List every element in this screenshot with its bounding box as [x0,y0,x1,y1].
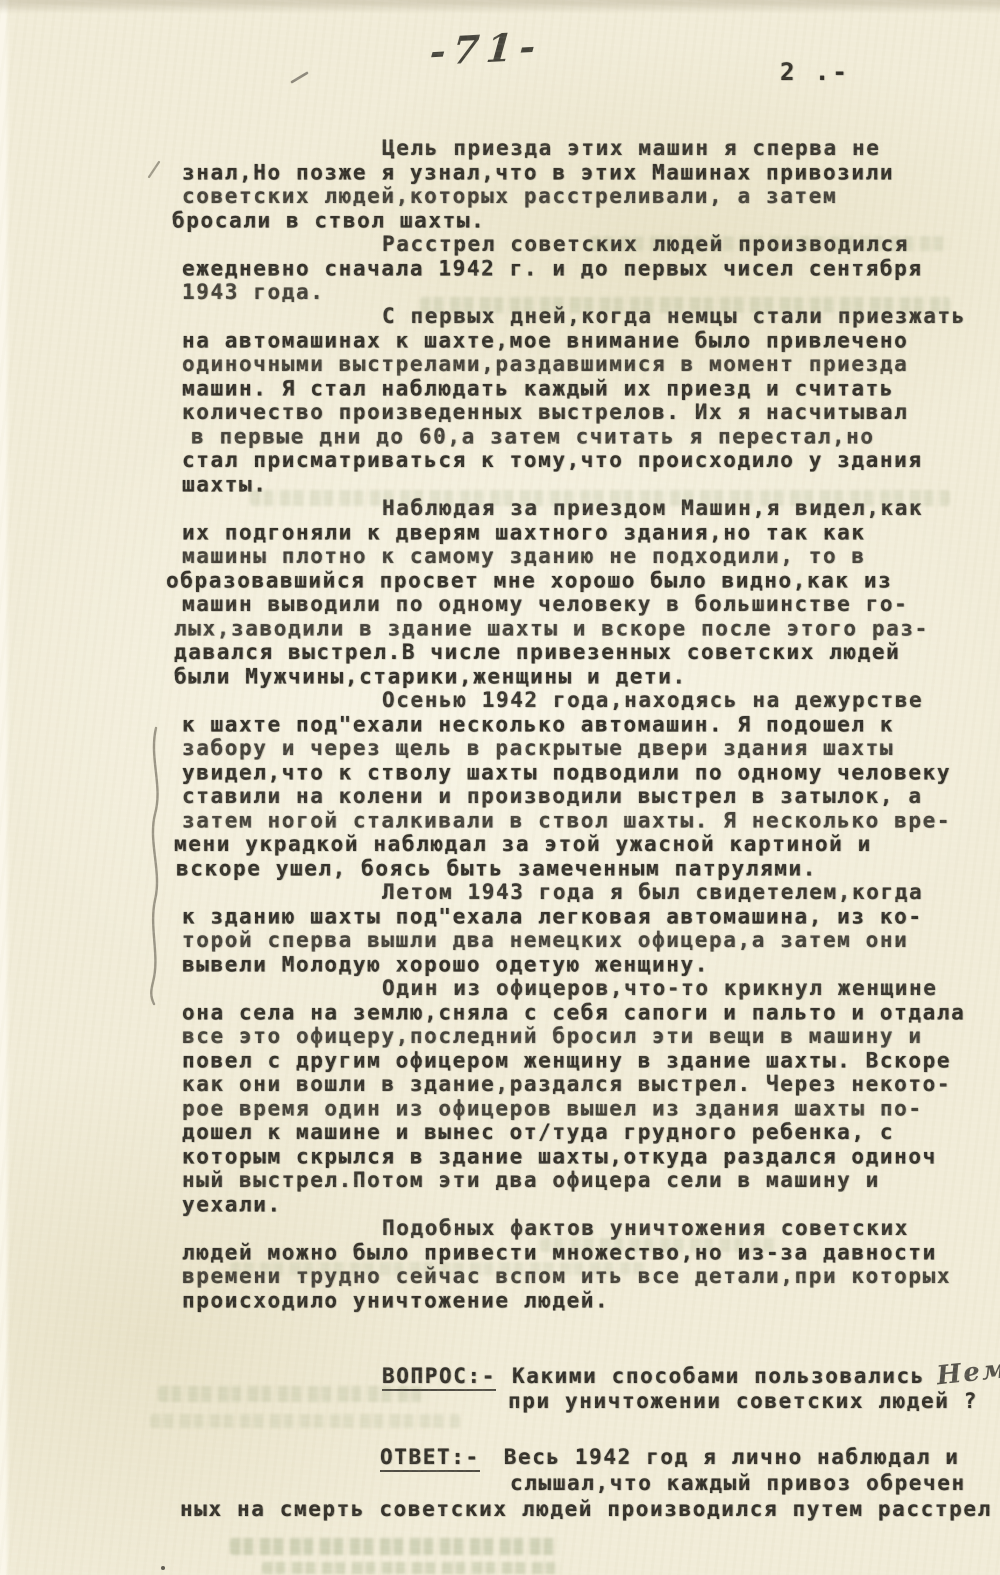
text-line: к шахте под"ехали несколько автомашин. Я… [182,713,994,737]
text-line: Летом 1943 года я был свидетелем,когда [182,880,994,904]
text-line: образовавшийся просвет мне хорошо было в… [166,569,994,593]
paragraph: Цель приезда этих машин я сперва незнал,… [182,136,994,232]
text-line: С первых дней,когда немцы стали приезжат… [182,304,994,328]
text-line: которым скрылся в здание шахты,откуда ра… [182,1145,994,1169]
question-text: Какими способами пользовались [512,1364,925,1388]
text-line: рое время один из офицеров вышел из здан… [182,1097,994,1121]
text-line: происходило уничтожение людей. [182,1289,994,1313]
ink-speck [161,1566,165,1570]
paragraph: С первых дней,когда немцы стали приезжат… [182,304,994,496]
question-label: ВОПРОС:- [382,1363,496,1391]
paragraph: Расстрел советских людей производилсяеже… [182,232,994,304]
question-block: ВОПРОС:-Какими способами пользовалисьНем… [382,1362,994,1414]
answer-block: ОТВЕТ:-Весь 1942 год я лично наблюдал и … [380,1444,994,1522]
text-line: Цель приезда этих машин я сперва не [182,136,994,160]
text-line: лых,заводили в здание шахты и вскоре пос… [174,617,994,641]
text-line: бросали в ствол шахты. [172,209,994,233]
text-line: людей можно было привести множество,но и… [182,1241,994,1265]
question-line-1: ВОПРОС:-Какими способами пользовалисьНем… [382,1362,994,1388]
answer-line-2: слышал,что каждый привоз обречен [380,1470,994,1496]
text-line: в первые дни до 60,а затем считать я пер… [191,425,994,449]
paragraph: Осенью 1942 года,находясь на дежурствек … [182,688,994,880]
typed-page-number: 2 .- [780,58,850,86]
text-line: были Мужчины,старики,женщины и дети. [174,665,994,689]
bleed-through-mark [230,1538,560,1555]
answer-line-1: ОТВЕТ:-Весь 1942 год я лично наблюдал и [380,1444,994,1470]
text-line: машины плотно к самому зданию не подходи… [182,544,994,568]
text-line: торой сперва вышли два немецких офицера,… [182,928,994,952]
text-line: Расстрел советских людей производился [182,232,994,256]
text-line: повел с другим офицером женщину в здание… [182,1049,994,1073]
text-line: 1943 года. [182,280,994,304]
text-line: она села на землю,сняла с себя сапоги и … [182,1001,994,1025]
text-line: времени трудно сейчас вспом ить все дета… [182,1264,994,1288]
paragraph: Подобных фактов уничтожения советскихлюд… [182,1216,994,1312]
margin-squiggle-line [151,728,157,1004]
paragraphs: Цель приезда этих машин я сперва незнал,… [182,136,994,1312]
text-line: все это офицеру,последний бросил эти вещ… [182,1024,994,1048]
handwritten-annotation: Немцы [935,1351,1000,1390]
text-line: стал присматриваться к тому,что происход… [182,448,994,472]
answer-label: ОТВЕТ:- [380,1444,480,1472]
text-line: вывели Молодую хорошо одетую женщину. [182,953,994,977]
document-page: -71- 2 .- Цель приезда этих машин я спер… [0,0,1000,1575]
answer-line-3: ных на смерть советских людей производил… [180,1496,994,1522]
text-line: затем ногой сталкивали в ствол шахты. Я … [182,809,994,833]
text-line: ставили на колени и производили выстрел … [182,784,994,808]
text-line: ежедневно сначала 1942 г. и до первых чи… [182,257,994,281]
text-line: количество произведенных выстрелов. Их я… [182,400,994,424]
text-line: советских людей,которых расстреливали, а… [182,184,994,208]
answer-text: Весь 1942 год я лично наблюдал и [504,1445,960,1469]
text-line: Подобных фактов уничтожения советских [182,1216,994,1240]
paragraph: Наблюдая за приездом Машин,я видел,каких… [182,496,994,688]
text-line: машин выводили по одному человеку в боль… [182,592,994,616]
text-line: их подгоняли к дверям шахтного здания,но… [182,521,994,545]
text-line: дошел к машине и вынес от/туда грудного … [182,1120,994,1144]
text-line: мени украдкой наблюдал за этой ужасной к… [174,832,994,856]
text-line: на автомашинах к шахте,мое внимание было… [182,329,994,353]
text-line: Осенью 1942 года,находясь на дежурстве [182,688,994,712]
typed-body: Цель приезда этих машин я сперва незнал,… [182,136,994,1522]
text-line: вскоре ушел, боясь быть замеченным патру… [176,857,994,881]
text-line: машин. Я стал наблюдать каждый их приезд… [182,377,994,401]
bleed-through-mark [262,1562,562,1574]
handwritten-page-number: -71- [428,23,544,74]
question-line-2: при уничтожении советских людей ? [382,1388,994,1414]
text-line: ный выстрел.Потом эти два офицера сели в… [182,1168,994,1192]
text-line: уехали. [182,1193,994,1217]
text-line: шахты. [182,473,994,497]
text-line: забору и через щель в раскрытые двери зд… [182,736,994,760]
text-line: как они вошли в здание,раздался выстрел.… [182,1072,994,1096]
paragraph: Один из офицеров,что-то крикнул женщинео… [182,976,994,1216]
text-line: Один из офицеров,что-то крикнул женщине [182,976,994,1000]
text-line: давался выстрел.В числе привезенных сове… [174,640,994,664]
paragraph: Летом 1943 года я был свидетелем,когдак … [182,880,994,976]
text-line: к зданию шахты под"ехала легковая автома… [182,905,994,929]
text-line: Наблюдая за приездом Машин,я видел,как [182,496,994,520]
text-line: знал,Но позже я узнал,что в этих Машинах… [182,161,994,185]
text-line: увидел,что к стволу шахты подводили по о… [182,761,994,785]
text-line: одиночными выстрелами,раздавшимися в мом… [182,352,994,376]
